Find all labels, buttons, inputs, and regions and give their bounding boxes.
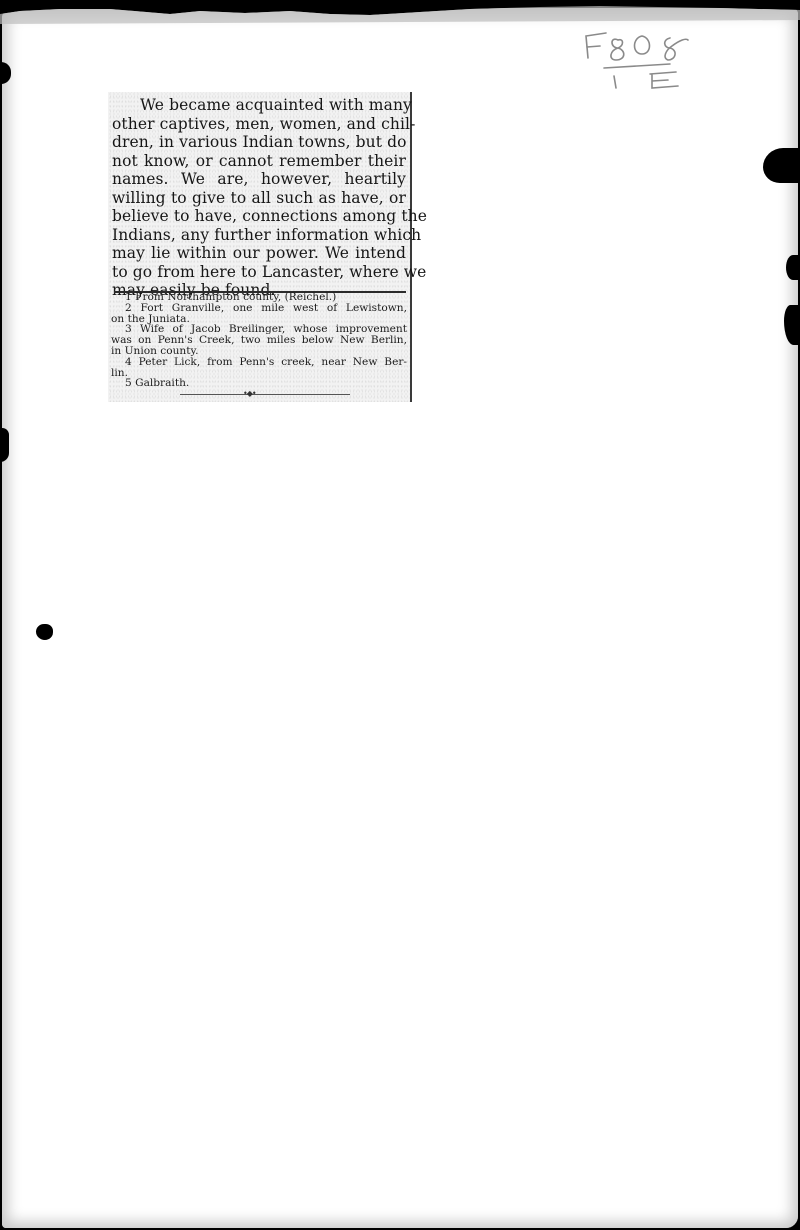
right-edge-blot [786,255,800,280]
body-line: believe to have, connections among the [112,207,406,226]
right-edge-blot [763,148,800,183]
body-line: other captives, men, women, and chil- [112,115,406,134]
body-line: to go from here to Lancaster, where we [112,263,406,282]
body-line: willing to give to all such as have, or [112,189,406,208]
torn-top-edge [0,0,800,28]
right-edge-blot [784,305,800,345]
end-ornament: •◆• [243,389,256,399]
clipping-body-text: We became acquainted with many other cap… [112,96,406,300]
body-line: We became acquainted with many [112,96,406,115]
ink-blot [36,624,53,640]
end-rule [180,394,350,395]
handwritten-annotation [580,28,700,98]
footnote-line: 5 Galbraith. [111,378,407,389]
body-line: Indians, any further information which [112,226,406,245]
body-line: may lie within our power. We intend [112,244,406,263]
body-line: names. We are, however, heartily [112,170,406,189]
footnotes: 1 From Northampton county, (Reichel.) 2 … [111,292,407,389]
left-edge-blot [0,428,9,462]
footnote-line: 4 Peter Lick, from Penn's creek, near Ne… [111,357,407,368]
body-line: not know, or cannot remember their [112,152,406,171]
column-rule [410,92,412,402]
body-line: dren, in various Indian towns, but do [112,133,406,152]
footnote-line: 2 Fort Granville, one mile west of Lewis… [111,303,407,314]
